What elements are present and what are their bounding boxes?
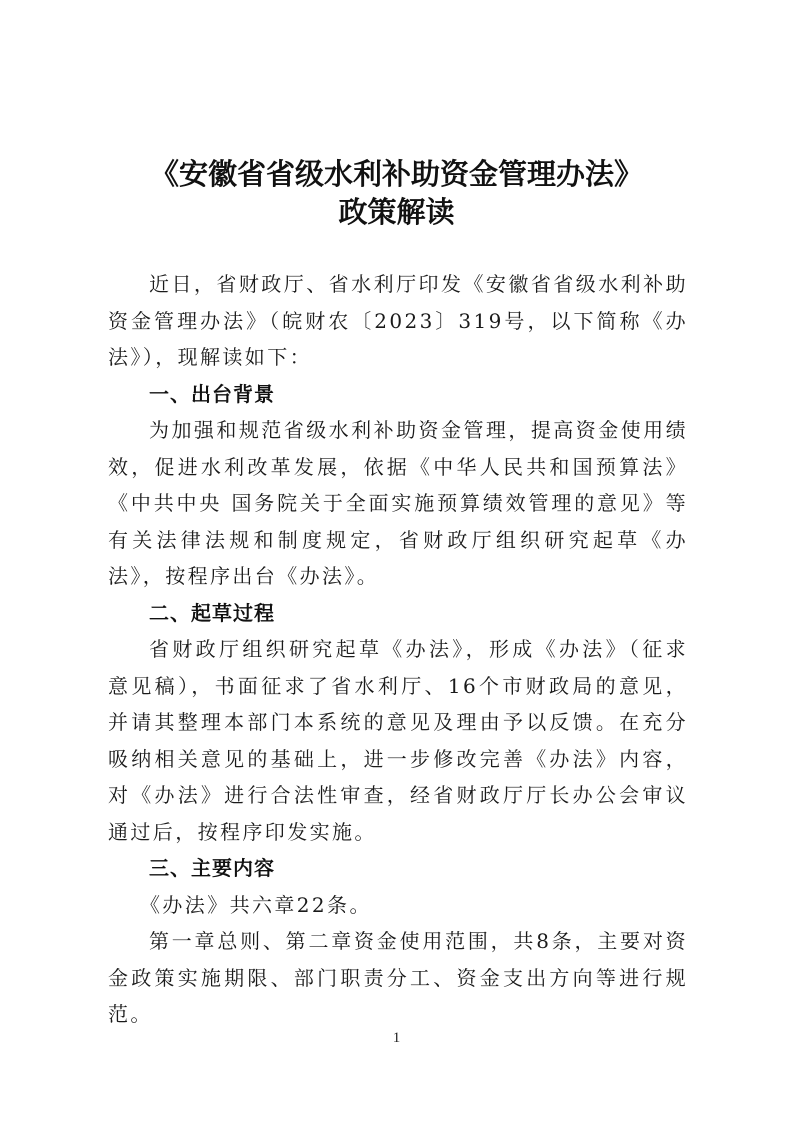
document-title-line-2: 政策解读 [0, 190, 793, 231]
section-heading-drafting-process: 二、起草过程 [108, 595, 688, 632]
document-title-line-1: 《安徽省省级水利补助资金管理办法》 [0, 152, 793, 193]
document-page: 《安徽省省级水利补助资金管理办法》 政策解读 近日，省财政厅、省水利厅印发《安徽… [0, 0, 793, 1122]
main-content-paragraph-1: 《办法》共六章22条。 [108, 887, 688, 924]
intro-paragraph: 近日，省财政厅、省水利厅印发《安徽省省级水利补助资金管理办法》（皖财农〔2023… [108, 266, 688, 376]
main-content-paragraph-2: 第一章总则、第二章资金使用范围，共8条，主要对资金政策实施期限、部门职责分工、资… [108, 923, 688, 1033]
section-heading-main-content: 三、主要内容 [108, 850, 688, 887]
section-heading-background: 一、出台背景 [108, 376, 688, 413]
drafting-process-paragraph: 省财政厅组织研究起草《办法》，形成《办法》（征求意见稿），书面征求了省水利厅、1… [108, 631, 688, 850]
background-paragraph: 为加强和规范省级水利补助资金管理，提高资金使用绩效，促进水利改革发展，依据《中华… [108, 412, 688, 595]
document-body: 近日，省财政厅、省水利厅印发《安徽省省级水利补助资金管理办法》（皖财农〔2023… [108, 266, 688, 1033]
page-number: 1 [0, 1030, 793, 1047]
